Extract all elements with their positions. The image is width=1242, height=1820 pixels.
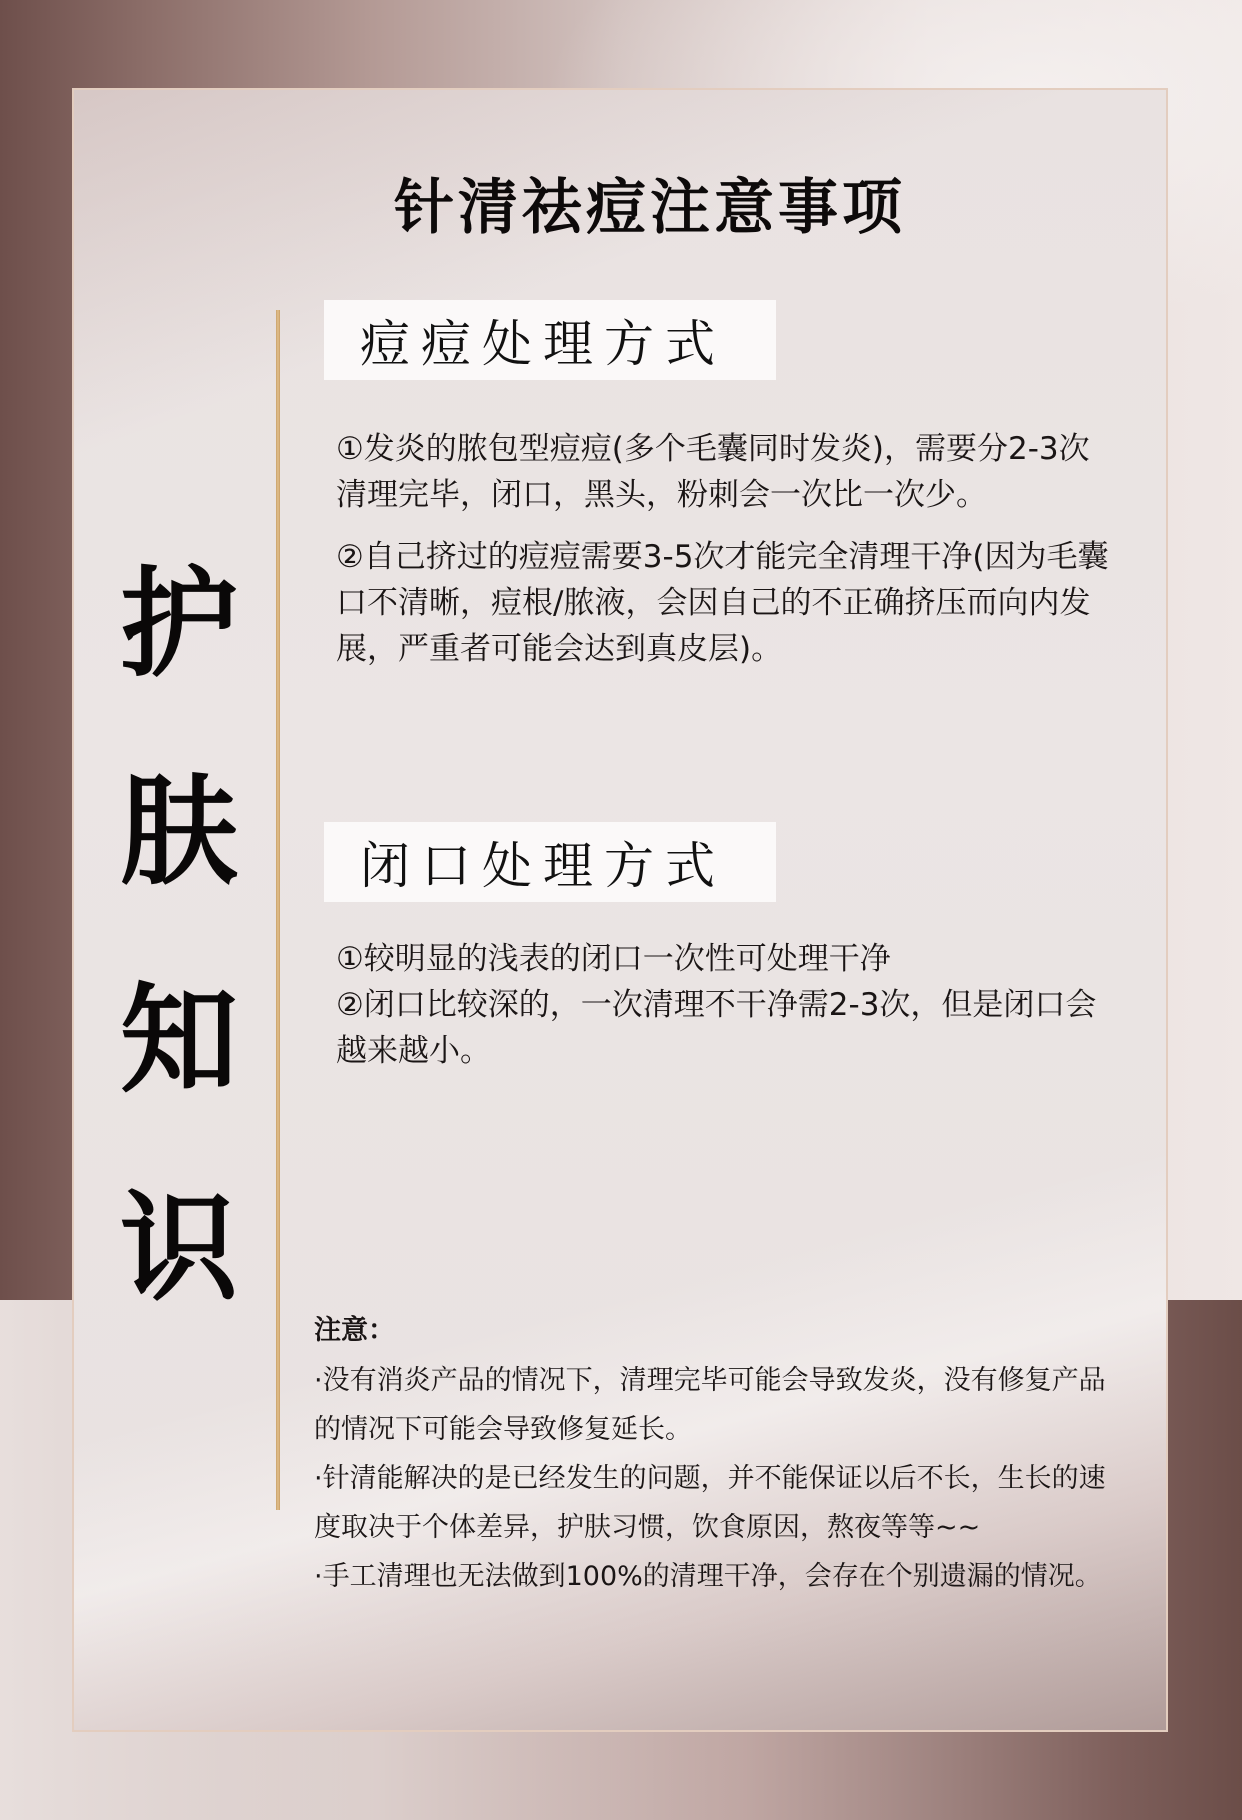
section-heading-acne: 痘痘处理方式 bbox=[324, 300, 776, 380]
section-paragraph: ①较明显的浅表的闭口一次性可处理干净 bbox=[336, 936, 1116, 982]
notice-item: ·手工清理也无法做到100%的清理干净，会存在个别遗漏的情况。 bbox=[314, 1552, 1124, 1601]
side-title-char: 识 bbox=[120, 1144, 238, 1352]
section-body-acne: ①发炎的脓包型痘痘(多个毛囊同时发炎)，需要分2-3次清理完毕，闭口，黑头，粉刺… bbox=[336, 426, 1116, 688]
page-title: 针清祛痘注意事项 bbox=[74, 160, 1166, 246]
section-body-closed-comedones: ①较明显的浅表的闭口一次性可处理干净 ②闭口比较深的，一次清理不干净需2-3次，… bbox=[336, 936, 1116, 1074]
side-title-char: 肤 bbox=[120, 728, 238, 936]
section-paragraph: ②闭口比较深的，一次清理不干净需2-3次，但是闭口会越来越小。 bbox=[336, 982, 1116, 1074]
content-card: 针清祛痘注意事项 护 肤 知 识 痘痘处理方式 ①发炎的脓包型痘痘(多个毛囊同时… bbox=[72, 88, 1168, 1732]
notice-item: ·没有消炎产品的情况下，清理完毕可能会导致发炎，没有修复产品的情况下可能会导致修… bbox=[314, 1356, 1124, 1454]
notice-heading: 注意： bbox=[314, 1310, 1124, 1352]
side-title-char: 知 bbox=[120, 936, 238, 1144]
notice-item: ·针清能解决的是已经发生的问题，并不能保证以后不长，生长的速度取决于个体差异，护… bbox=[314, 1454, 1124, 1552]
section-paragraph: ①发炎的脓包型痘痘(多个毛囊同时发炎)，需要分2-3次清理完毕，闭口，黑头，粉刺… bbox=[336, 426, 1116, 518]
side-vertical-title: 护 肤 知 识 bbox=[114, 520, 244, 1352]
gold-divider-line bbox=[276, 310, 280, 1510]
section-heading-closed-comedones: 闭口处理方式 bbox=[324, 822, 776, 902]
notice-block: 注意： ·没有消炎产品的情况下，清理完毕可能会导致发炎，没有修复产品的情况下可能… bbox=[314, 1310, 1124, 1601]
section-heading-label: 痘痘处理方式 bbox=[360, 304, 726, 376]
section-heading-label: 闭口处理方式 bbox=[360, 826, 726, 898]
section-paragraph: ②自己挤过的痘痘需要3-5次才能完全清理干净(因为毛囊口不清晰，痘根/脓液，会因… bbox=[336, 534, 1116, 672]
side-title-char: 护 bbox=[120, 520, 238, 728]
